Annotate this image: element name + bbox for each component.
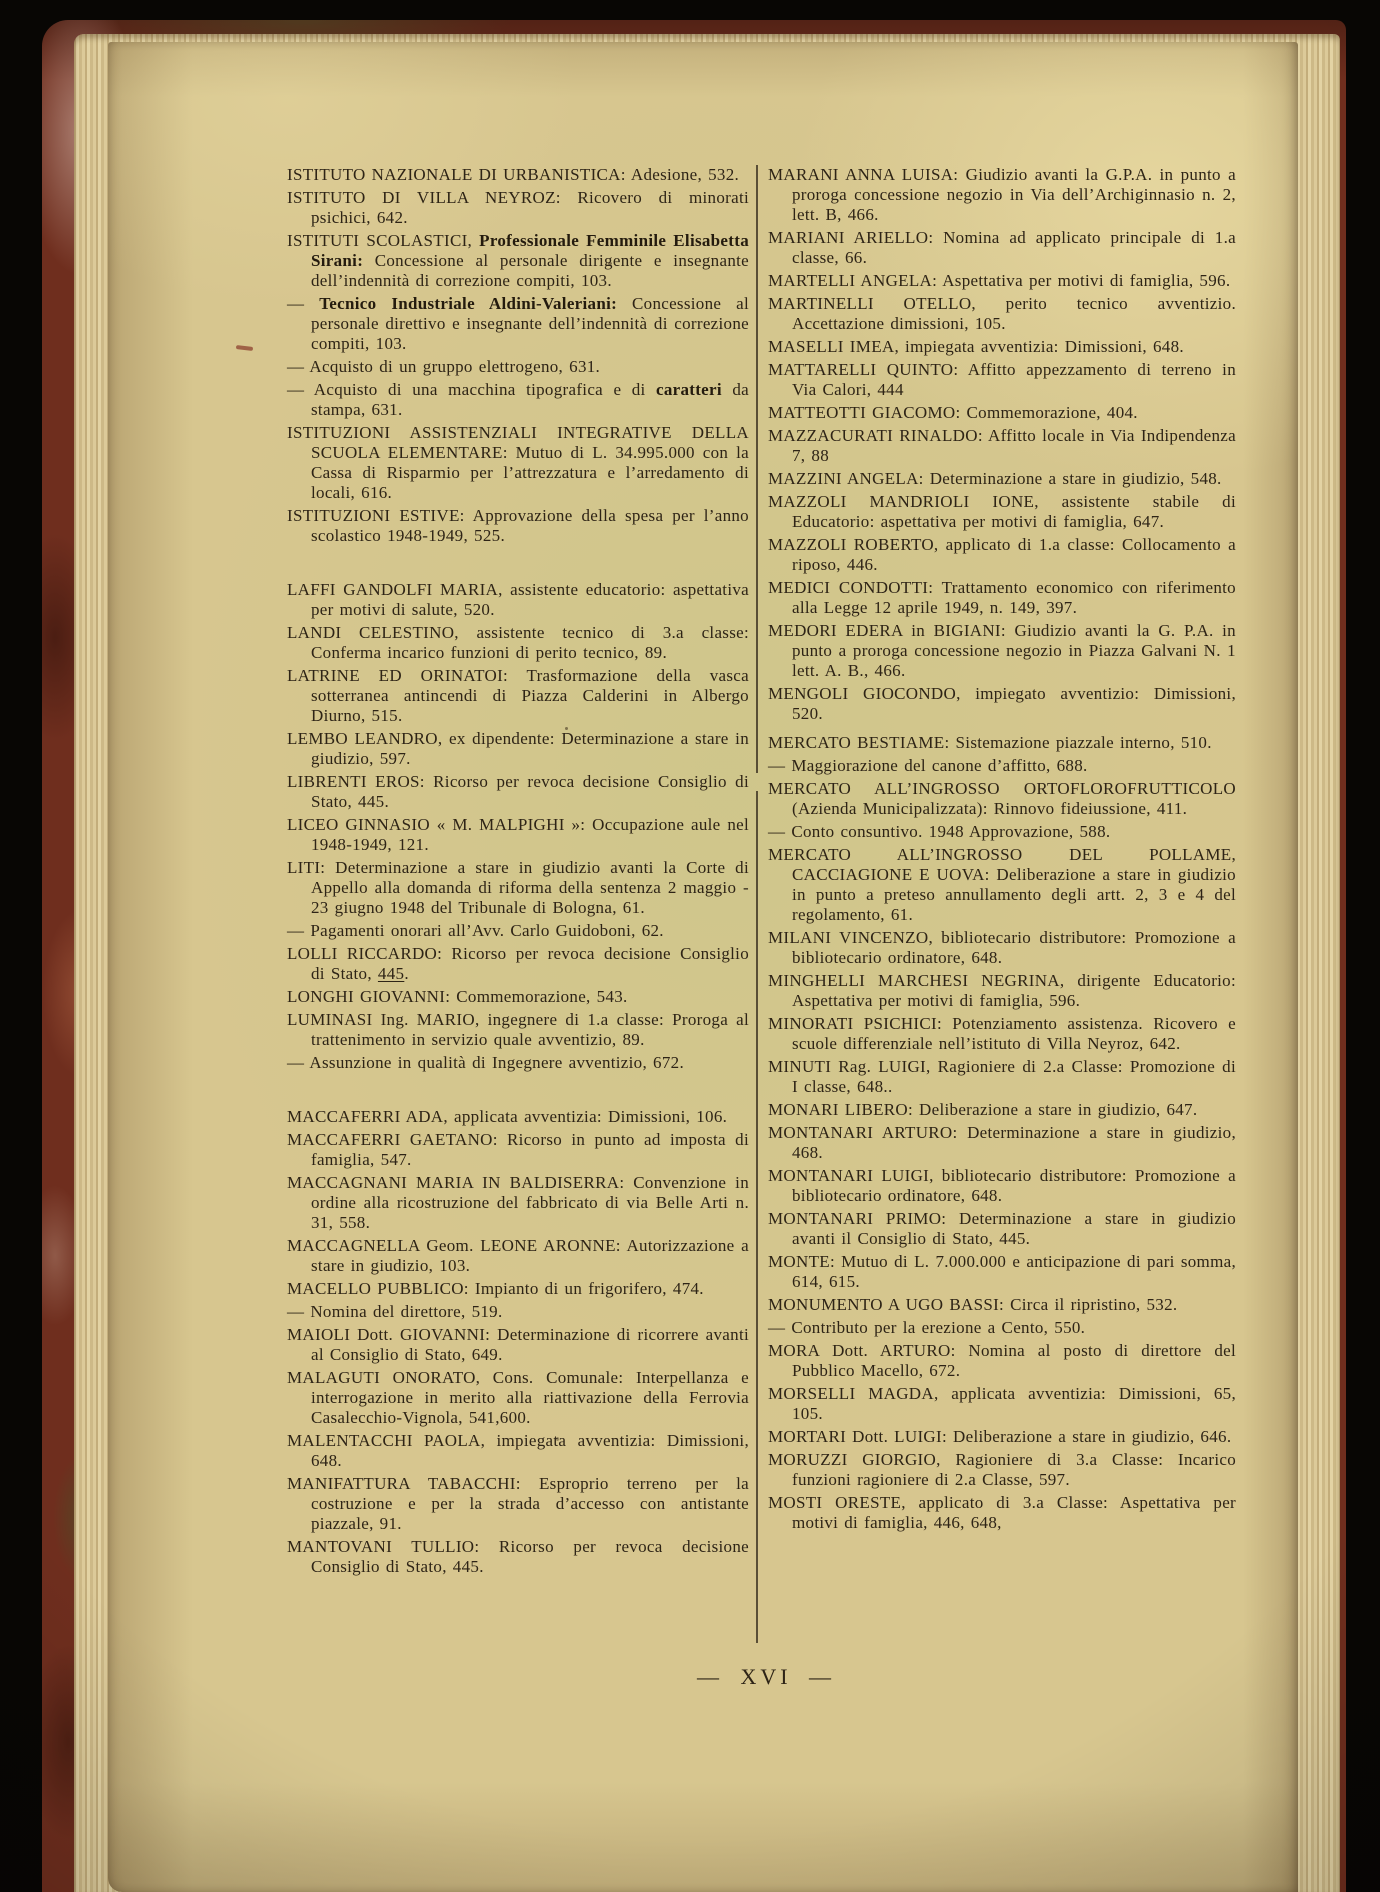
entry-text: MONTANARI LUIGI, bibliotecario distribut…	[768, 1166, 1236, 1205]
entry-text: — Conto consuntivo. 1948 Approvazione, 5…	[768, 822, 1110, 841]
entry-text: MERCATO ALL’INGROSSO ORTOFLOROFRUTTICOLO…	[768, 779, 1236, 818]
entry-text: MONTE: Mutuo di L. 7.000.000 e anticipaz…	[768, 1252, 1236, 1291]
index-entry: MAZZINI ANGELA: Determinazione a stare i…	[768, 469, 1236, 489]
entry-text: MONUMENTO A UGO BASSI: Circa il ripristi…	[768, 1295, 1177, 1314]
index-entry: MORUZZI GIORGIO, Ragioniere di 3.a Class…	[768, 1450, 1236, 1490]
entry-text: LICEO GINNASIO « M. MALPIGHI »: Occupazi…	[287, 815, 749, 854]
index-entry: MARTELLI ANGELA: Aspettativa per motivi …	[768, 271, 1236, 291]
entry-text: MENGOLI GIOCONDO, impiegato avventizio: …	[768, 684, 1236, 723]
index-entry: MONTANARI ARTURO: Determinazione a stare…	[768, 1123, 1236, 1163]
index-entry: — Pagamenti onorari all’Avv. Carlo Guido…	[287, 921, 749, 941]
index-entry: ISTITUTO DI VILLA NEYROZ: Ricovero di mi…	[287, 188, 749, 228]
index-entry: — Acquisto di un gruppo elettrogeno, 631…	[287, 357, 749, 377]
index-entry: MERCATO ALL’INGROSSO ORTOFLOROFRUTTICOLO…	[768, 779, 1236, 819]
index-entry: ISTITUTI SCOLASTICI, Professionale Femmi…	[287, 231, 749, 291]
entry-text: — Contributo per la erezione a Cento, 55…	[768, 1318, 1085, 1337]
index-entry: MACCAFERRI GAETANO: Ricorso in punto ad …	[287, 1130, 749, 1170]
entry-text: ISTITUTO NAZIONALE DI URBANISTICA: Adesi…	[287, 165, 739, 184]
entry-text: LEMBO LEANDRO, ex dipendente: Determinaz…	[287, 729, 749, 768]
entry-text: MERCATO ALL’INGROSSO DEL POLLAME, CACCIA…	[768, 845, 1236, 924]
entry-text: MAIOLI Dott. GIOVANNI: Determinazione di…	[287, 1325, 749, 1364]
index-group: LAFFI GANDOLFI MARIA, assistente educato…	[287, 580, 749, 1073]
entry-text: Concessione al personale dirigente e ins…	[311, 251, 749, 290]
index-entry: MINORATI PSICHICI: Potenziamento assiste…	[768, 1014, 1236, 1054]
index-entry: MINGHELLI MARCHESI NEGRINA, dirigente Ed…	[768, 971, 1236, 1011]
index-entry: LONGHI GIOVANNI: Commemorazione, 543.	[287, 987, 749, 1007]
index-entry: MALAGUTI ONORATO, Cons. Comunale: Interp…	[287, 1368, 749, 1428]
entry-text: MEDICI CONDOTTI: Trattamento economico c…	[768, 578, 1236, 617]
index-entry: MAIOLI Dott. GIOVANNI: Determinazione di…	[287, 1325, 749, 1365]
column-divider-bottom	[756, 791, 758, 1643]
index-entry: MALENTACCHI PAOLA, impiegata avventizia:…	[287, 1431, 749, 1471]
entry-text: MAZZOLI ROBERTO, applicato di 1.a classe…	[768, 535, 1236, 574]
entry-text: MARANI ANNA LUISA: Giudizio avanti la G.…	[768, 165, 1236, 224]
entry-text: LUMINASI Ing. MARIO, ingegnere di 1.a cl…	[287, 1010, 749, 1049]
entry-text: 445	[378, 964, 404, 983]
index-entry: MORTARI Dott. LUIGI: Deliberazione a sta…	[768, 1427, 1236, 1447]
index-entry: LUMINASI Ing. MARIO, ingegnere di 1.a cl…	[287, 1010, 749, 1050]
entry-text: MAZZINI ANGELA: Determinazione a stare i…	[768, 469, 1222, 488]
index-entry: MERCATO ALL’INGROSSO DEL POLLAME, CACCIA…	[768, 845, 1236, 925]
index-entry: MEDICI CONDOTTI: Trattamento economico c…	[768, 578, 1236, 618]
index-entry: MONUMENTO A UGO BASSI: Circa il ripristi…	[768, 1295, 1236, 1315]
index-entry: — Conto consuntivo. 1948 Approvazione, 5…	[768, 822, 1236, 842]
entry-text: MORSELLI MAGDA, applicata avventizia: Di…	[768, 1384, 1236, 1423]
entry-text: LIBRENTI EROS: Ricorso per revoca decisi…	[287, 772, 749, 811]
entry-text: MOSTI ORESTE, applicato di 3.a Classe: A…	[768, 1493, 1236, 1532]
entry-text: MAZZACURATI RINALDO: Affitto locale in V…	[768, 426, 1236, 465]
entry-text: MANIFATTURA TABACCHI: Esproprio terreno …	[287, 1474, 749, 1533]
entry-text: LITI: Determinazione a stare in giudizio…	[287, 858, 749, 917]
margin-mark	[236, 345, 253, 351]
entry-text: MEDORI EDERA in BIGIANI: Giudizio avanti…	[768, 621, 1236, 680]
entry-text: MORTARI Dott. LUIGI: Deliberazione a sta…	[768, 1427, 1231, 1446]
entry-text: LONGHI GIOVANNI: Commemorazione, 543.	[287, 987, 628, 1006]
index-group: ISTITUTO NAZIONALE DI URBANISTICA: Adesi…	[287, 165, 749, 546]
index-entry: MACELLO PUBBLICO: Impianto di un frigori…	[287, 1279, 749, 1299]
index-group: MARANI ANNA LUISA: Giudizio avanti la G.…	[768, 165, 1236, 724]
index-entry: MENGOLI GIOCONDO, impiegato avventizio: …	[768, 684, 1236, 724]
entry-text: MACELLO PUBBLICO: Impianto di un frigori…	[287, 1279, 704, 1298]
index-group: MERCATO BESTIAME: Sistemazione piazzale …	[768, 733, 1236, 1533]
entry-text: — Pagamenti onorari all’Avv. Carlo Guido…	[287, 921, 664, 940]
entry-text: MACCAFERRI GAETANO: Ricorso in punto ad …	[287, 1130, 749, 1169]
photo-background: ISTITUTO NAZIONALE DI URBANISTICA: Adesi…	[0, 0, 1380, 1892]
entry-text: — Acquisto di una macchina tipografica e…	[287, 380, 656, 399]
index-entry: — Contributo per la erezione a Cento, 55…	[768, 1318, 1236, 1338]
entry-text: ISTITUZIONI ASSISTENZIALI INTEGRATIVE DE…	[287, 423, 749, 502]
entry-text: MINORATI PSICHICI: Potenziamento assiste…	[768, 1014, 1236, 1053]
entry-text: MINGHELLI MARCHESI NEGRINA, dirigente Ed…	[768, 971, 1236, 1010]
entry-text: Tecnico Industriale Aldini-Valeriani:	[319, 294, 617, 313]
index-entry: MASELLI IMEA, impiegata avventizia: Dimi…	[768, 337, 1236, 357]
entry-text: — Maggiorazione del canone d’affitto, 68…	[768, 756, 1088, 775]
entry-text: LANDI CELESTINO, assistente tecnico di 3…	[287, 623, 749, 662]
entry-text: MACCAGNELLA Geom. LEONE ARONNE: Autorizz…	[287, 1236, 749, 1275]
index-entry: LITI: Determinazione a stare in giudizio…	[287, 858, 749, 918]
entry-text: MARTINELLI OTELLO, perito tecnico avvent…	[768, 294, 1236, 333]
index-entry: MANTOVANI TULLIO: Ricorso per revoca dec…	[287, 1537, 749, 1577]
index-entry: — Acquisto di una macchina tipografica e…	[287, 380, 749, 420]
index-column-left: ISTITUTO NAZIONALE DI URBANISTICA: Adesi…	[287, 165, 749, 1580]
entry-text: MATTARELLI QUINTO: Affitto appezzamento …	[768, 360, 1236, 399]
index-entry: MACCAGNANI MARIA IN BALDISERRA: Convenzi…	[287, 1173, 749, 1233]
index-entry: MAZZACURATI RINALDO: Affitto locale in V…	[768, 426, 1236, 466]
entry-text: MALENTACCHI PAOLA, impiegata avventizia:…	[287, 1431, 749, 1470]
page-number: — XVI —	[656, 1664, 876, 1690]
index-entry: MEDORI EDERA in BIGIANI: Giudizio avanti…	[768, 621, 1236, 681]
index-entry: MAZZOLI ROBERTO, applicato di 1.a classe…	[768, 535, 1236, 575]
index-entry: MARTINELLI OTELLO, perito tecnico avvent…	[768, 294, 1236, 334]
entry-text: MONTANARI ARTURO: Determinazione a stare…	[768, 1123, 1236, 1162]
entry-text: — Nomina del direttore, 519.	[287, 1302, 503, 1321]
entry-text: MACCAGNANI MARIA IN BALDISERRA: Convenzi…	[287, 1173, 749, 1232]
entry-text: MERCATO BESTIAME: Sistemazione piazzale …	[768, 733, 1212, 752]
index-entry: MACCAFERRI ADA, applicata avventizia: Di…	[287, 1107, 749, 1127]
index-entry: MAZZOLI MANDRIOLI IONE, assistente stabi…	[768, 492, 1236, 532]
index-entry: MONARI LIBERO: Deliberazione a stare in …	[768, 1100, 1236, 1120]
index-entry: MONTANARI PRIMO: Determinazione a stare …	[768, 1209, 1236, 1249]
index-entry: LOLLI RICCARDO: Ricorso per revoca decis…	[287, 944, 749, 984]
entry-text: MARIANI ARIELLO: Nomina ad applicato pri…	[768, 228, 1236, 267]
entry-text: LOLLI RICCARDO: Ricorso per revoca decis…	[287, 944, 749, 983]
index-entry: — Maggiorazione del canone d’affitto, 68…	[768, 756, 1236, 776]
index-entry: MARANI ANNA LUISA: Giudizio avanti la G.…	[768, 165, 1236, 225]
entry-text: MASELLI IMEA, impiegata avventizia: Dimi…	[768, 337, 1184, 356]
entry-text: MARTELLI ANGELA: Aspettativa per motivi …	[768, 271, 1230, 290]
index-entry: MONTANARI LUIGI, bibliotecario distribut…	[768, 1166, 1236, 1206]
entry-text: —	[287, 294, 319, 313]
index-entry: — Assunzione in qualità di Ingegnere avv…	[287, 1053, 749, 1073]
index-entry: LIBRENTI EROS: Ricorso per revoca decisi…	[287, 772, 749, 812]
index-entry: LAFFI GANDOLFI MARIA, assistente educato…	[287, 580, 749, 620]
index-entry: MACCAGNELLA Geom. LEONE ARONNE: Autorizz…	[287, 1236, 749, 1276]
entry-text: ISTITUZIONI ESTIVE: Approvazione della s…	[287, 506, 749, 545]
column-divider-top	[756, 165, 758, 773]
index-group: MACCAFERRI ADA, applicata avventizia: Di…	[287, 1107, 749, 1577]
index-entry: MORA Dott. ARTURO: Nomina al posto di di…	[768, 1341, 1236, 1381]
entry-text: ISTITUTI SCOLASTICI,	[287, 231, 479, 250]
entry-text: MILANI VINCENZO, bibliotecario distribut…	[768, 928, 1236, 967]
index-entry: MOSTI ORESTE, applicato di 3.a Classe: A…	[768, 1493, 1236, 1533]
entry-text: MACCAFERRI ADA, applicata avventizia: Di…	[287, 1107, 727, 1126]
index-entry: ISTITUTO NAZIONALE DI URBANISTICA: Adesi…	[287, 165, 749, 185]
entry-text: MORA Dott. ARTURO: Nomina al posto di di…	[768, 1341, 1236, 1380]
index-entry: LANDI CELESTINO, assistente tecnico di 3…	[287, 623, 749, 663]
entry-text: MANTOVANI TULLIO: Ricorso per revoca dec…	[287, 1537, 749, 1576]
index-entry: MINUTI Rag. LUIGI, Ragioniere di 2.a Cla…	[768, 1057, 1236, 1097]
index-entry: LEMBO LEANDRO, ex dipendente: Determinaz…	[287, 729, 749, 769]
index-entry: LICEO GINNASIO « M. MALPIGHI »: Occupazi…	[287, 815, 749, 855]
index-entry: MARIANI ARIELLO: Nomina ad applicato pri…	[768, 228, 1236, 268]
entry-text: — Acquisto di un gruppo elettrogeno, 631…	[287, 357, 600, 376]
index-entry: MANIFATTURA TABACCHI: Esproprio terreno …	[287, 1474, 749, 1534]
entry-text: LAFFI GANDOLFI MARIA, assistente educato…	[287, 580, 749, 619]
entry-text: MINUTI Rag. LUIGI, Ragioniere di 2.a Cla…	[768, 1057, 1236, 1096]
index-entry: ISTITUZIONI ESTIVE: Approvazione della s…	[287, 506, 749, 546]
index-entry: LATRINE ED ORINATOI: Trasformazione dell…	[287, 666, 749, 726]
entry-text: caratteri	[656, 380, 722, 399]
index-entry: MORSELLI MAGDA, applicata avventizia: Di…	[768, 1384, 1236, 1424]
entry-text: .	[404, 964, 409, 983]
book-page: ISTITUTO NAZIONALE DI URBANISTICA: Adesi…	[108, 42, 1298, 1892]
index-entry: MONTE: Mutuo di L. 7.000.000 e anticipaz…	[768, 1252, 1236, 1292]
index-entry: MERCATO BESTIAME: Sistemazione piazzale …	[768, 733, 1236, 753]
index-entry: — Tecnico Industriale Aldini-Valeriani: …	[287, 294, 749, 354]
entry-text: MORUZZI GIORGIO, Ragioniere di 3.a Class…	[768, 1450, 1236, 1489]
entry-text: MATTEOTTI GIACOMO: Commemorazione, 404.	[768, 403, 1138, 422]
index-entry: MILANI VINCENZO, bibliotecario distribut…	[768, 928, 1236, 968]
index-entry: MATTARELLI QUINTO: Affitto appezzamento …	[768, 360, 1236, 400]
index-column-right: MARANI ANNA LUISA: Giudizio avanti la G.…	[768, 165, 1236, 1536]
entry-text: MONTANARI PRIMO: Determinazione a stare …	[768, 1209, 1236, 1248]
entry-text: MALAGUTI ONORATO, Cons. Comunale: Interp…	[287, 1368, 749, 1427]
entry-text: ISTITUTO DI VILLA NEYROZ: Ricovero di mi…	[287, 188, 749, 227]
index-entry: — Nomina del direttore, 519.	[287, 1302, 749, 1322]
index-entry: MATTEOTTI GIACOMO: Commemorazione, 404.	[768, 403, 1236, 423]
entry-text: LATRINE ED ORINATOI: Trasformazione dell…	[287, 666, 749, 725]
index-entry: ISTITUZIONI ASSISTENZIALI INTEGRATIVE DE…	[287, 423, 749, 503]
entry-text: MAZZOLI MANDRIOLI IONE, assistente stabi…	[768, 492, 1236, 531]
entry-text: MONARI LIBERO: Deliberazione a stare in …	[768, 1100, 1197, 1119]
entry-text: — Assunzione in qualità di Ingegnere avv…	[287, 1053, 684, 1072]
